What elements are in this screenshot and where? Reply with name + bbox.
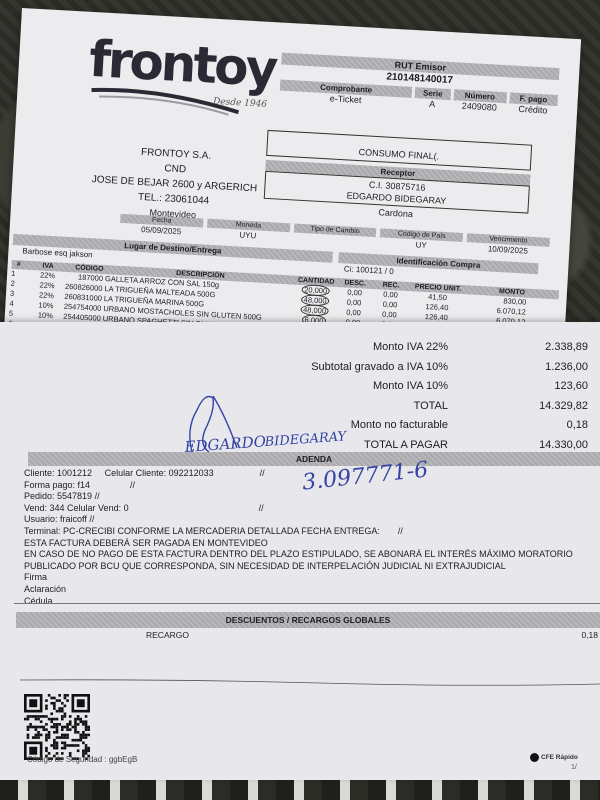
meta-codigo-pais: Código de PaísUY xyxy=(380,228,464,252)
emitter-info: FRONTOY S.A. CND JOSE DE BEJAR 2600 y AR… xyxy=(72,141,276,227)
adenda-line-1: ESTA FACTURA DEBERÁ SER PAGADA EN MONTEV… xyxy=(24,538,594,550)
total-row-iva22: Monto IVA 22%2.338,89 xyxy=(188,338,588,358)
fpago-value: Crédito xyxy=(508,103,557,116)
meta-tipo-cambio: Tipo de Cambio xyxy=(293,224,377,248)
adenda-content: Cliente: 1001212 Celular Cliente: 092212… xyxy=(24,468,594,607)
adenda-usuario: Usuario: fraicoff xyxy=(24,514,87,524)
meta-fecha: Fecha05/09/2025 xyxy=(120,214,204,238)
descuentos-title: DESCUENTOS / RECARGOS GLOBALES xyxy=(16,612,600,628)
adenda-cedula: Cédula xyxy=(24,596,594,608)
serie-cell: Serie A xyxy=(414,87,450,110)
invoice-page-2: Monto IVA 22%2.338,89 Subtotal gravado a… xyxy=(0,322,600,780)
recargo-label: RECARGO xyxy=(146,630,189,640)
adenda-terminal: Terminal: PC-CRECIBI CONFORME LA MERCADE… xyxy=(24,526,380,536)
meta-moneda: MonedaUYU xyxy=(206,219,290,243)
adenda-aclaracion: Aclaración xyxy=(24,584,594,596)
rut-box: RUT Emisor 210148140017 Comprobante e-Ti… xyxy=(279,53,559,116)
adenda-celular-cliente: Celular Cliente: 092212033 xyxy=(105,468,214,478)
tear-line xyxy=(20,678,600,686)
meta-vencimiento: Vencimiento10/09/2025 xyxy=(466,233,550,257)
adenda-title: ADENDA xyxy=(28,452,600,466)
cfe-logo-icon xyxy=(530,753,539,762)
adenda-forma-pago: Forma pago: f14 xyxy=(24,480,90,490)
numero-value: 2409080 xyxy=(453,100,506,113)
divider xyxy=(14,603,600,604)
fpago-cell: F. pago Crédito xyxy=(508,92,558,116)
adenda-cliente: Cliente: 1001212 xyxy=(24,468,92,478)
numero-cell: Número 2409080 xyxy=(453,89,507,113)
cfe-badge: CFE Rápido xyxy=(530,753,578,762)
security-code: Código de Seguridad : ggbEgB xyxy=(27,755,137,764)
qr-code-icon xyxy=(24,694,90,760)
serie-value: A xyxy=(414,98,450,110)
adenda-line-3: PUBLICADO POR BCU QUE CORRESPONDA, SIN N… xyxy=(24,561,594,573)
adenda-pedido: Pedido: 5547819 xyxy=(24,491,92,501)
svg-text:BIDEGARAY: BIDEGARAY xyxy=(263,429,348,450)
page-number: 1/ xyxy=(571,764,577,771)
adenda-firma: Firma xyxy=(24,572,594,584)
adenda-line-2: EN CASO DE NO PAGO DE ESTA FACTURA DENTR… xyxy=(24,549,594,561)
handwritten-signature: EDGARDO BIDEGARAY xyxy=(175,370,375,460)
adenda-vend: Vend: 344 Celular Vend: 0 xyxy=(24,503,129,513)
recargo-value: 0,18 xyxy=(581,630,598,640)
receptor-box: Receptor C.I. 30875716 EDGARDO BIDEGARAY… xyxy=(263,160,530,226)
background-floor xyxy=(0,778,600,800)
